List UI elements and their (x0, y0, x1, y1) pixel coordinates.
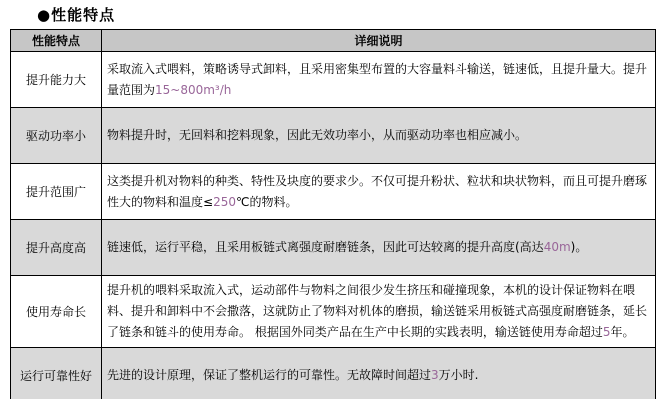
table-header-row: 性能特点 详细说明 (11, 30, 656, 52)
description-cell: 物料提升时，无回料和挖料现象，因此无效功率小，从而驱动功率也相应减小。 (102, 108, 656, 164)
highlight-value: 3 (431, 368, 439, 382)
table-row: 运行可靠性好先进的设计原理，保证了整机运行的可靠性。无故障时间超过3万小时. (11, 348, 656, 399)
table-body: 提升能力大采取流入式喂料，策略诱导式卸料，且采用密集型布置的大容量料斗输送，链速… (11, 52, 656, 399)
description-text: 万小时. (439, 368, 479, 382)
description-cell: 提升机的喂料采取流入式，运动部件与物料之间很少发生挤压和碰撞现象，本机的设计保证… (102, 276, 656, 348)
description-text: 提升机的喂料采取流入式，运动部件与物料之间很少发生挤压和碰撞现象，本机的设计保证… (107, 283, 647, 339)
column-header-description: 详细说明 (102, 30, 656, 52)
page-title: ●性能特点 (37, 5, 662, 25)
description-cell: 采取流入式喂料，策略诱导式卸料，且采用密集型布置的大容量料斗输送，链速低，且提升… (102, 52, 656, 108)
description-cell: 先进的设计原理，保证了整机运行的可靠性。无故障时间超过3万小时. (102, 348, 656, 399)
description-cell: 链速低，运行平稳，且采用板链式离强度耐磨链条，因此可达较离的提升高度(高达40m… (102, 220, 656, 276)
description-text: 物料提升时，无回料和挖料现象，因此无效功率小，从而驱动功率也相应减小。 (107, 128, 527, 142)
feature-cell: 使用寿命长 (11, 276, 102, 348)
highlight-value: 15~800m³/h (155, 83, 231, 97)
description-cell: 这类提升机对物料的种类、特性及块度的要求少。不仅可提升粉状、粒状和块状物料，而且… (102, 164, 656, 220)
feature-cell: 驱动功率小 (11, 108, 102, 164)
table-row: 提升范围广这类提升机对物料的种类、特性及块度的要求少。不仅可提升粉状、粒状和块状… (11, 164, 656, 220)
table-row: 提升高度高链速低，运行平稳，且采用板链式离强度耐磨链条，因此可达较离的提升高度(… (11, 220, 656, 276)
feature-table: 性能特点 详细说明 提升能力大采取流入式喂料，策略诱导式卸料，且采用密集型布置的… (10, 29, 656, 399)
description-text: 这类提升机对物料的种类、特性及块度的要求少。不仅可提升粉状、粒状和块状物料，而且… (107, 174, 647, 209)
feature-cell: 提升高度高 (11, 220, 102, 276)
description-text: 链速低，运行平稳，且采用板链式离强度耐磨链条，因此可达较离的提升高度(高达 (107, 240, 544, 254)
table-row: 使用寿命长提升机的喂料采取流入式，运动部件与物料之间很少发生挤压和碰撞现象，本机… (11, 276, 656, 348)
description-text: 年。 (610, 325, 634, 339)
description-text: 先进的设计原理，保证了整机运行的可靠性。无故障时间超过 (107, 368, 431, 382)
page: ●性能特点 性能特点 详细说明 提升能力大采取流入式喂料，策略诱导式卸料，且采用… (0, 0, 662, 399)
highlight-value: 250 (213, 195, 236, 209)
description-text: ℃的物料。 (236, 195, 297, 209)
highlight-value: 40m (544, 240, 571, 254)
table-row: 提升能力大采取流入式喂料，策略诱导式卸料，且采用密集型布置的大容量料斗输送，链速… (11, 52, 656, 108)
description-text: )。 (571, 240, 588, 254)
column-header-feature: 性能特点 (11, 30, 102, 52)
feature-cell: 提升能力大 (11, 52, 102, 108)
feature-cell: 运行可靠性好 (11, 348, 102, 399)
feature-cell: 提升范围广 (11, 164, 102, 220)
table-row: 驱动功率小物料提升时，无回料和挖料现象，因此无效功率小，从而驱动功率也相应减小。 (11, 108, 656, 164)
